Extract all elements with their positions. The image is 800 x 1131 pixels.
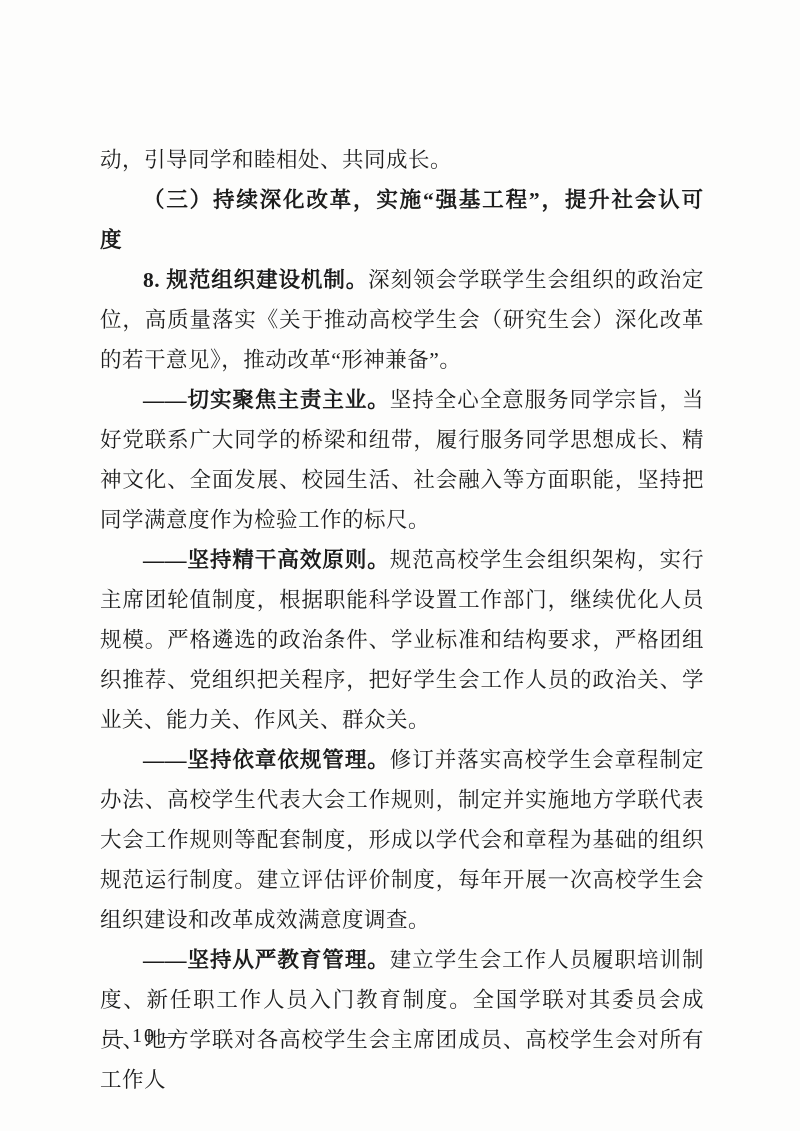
section-heading: （三）持续深化改革，实施“强基工程”，提升社会认可度: [100, 180, 704, 260]
paragraph-dash-4-lead: ——坚持从严教育管理。: [143, 948, 390, 972]
paragraph-8: 8. 规范组织建设机制。深刻领会学联学生会组织的政治定位，高质量落实《关于推动高…: [100, 260, 704, 380]
paragraph-dash-3: ——坚持依章依规管理。修订并落实高校学生会章程制定办法、高校学生代表大会工作规则…: [100, 740, 704, 940]
paragraph-8-lead: 8. 规范组织建设机制。: [143, 268, 368, 292]
paragraph-dash-4: ——坚持从严教育管理。建立学生会工作人员履职培训制度、新任职工作人员入门教育制度…: [100, 940, 704, 1100]
paragraph-dash-2-body: 规范高校学生会组织架构，实行主席团轮值制度，根据职能科学设置工作部门，继续优化人…: [100, 548, 704, 732]
paragraph-dash-1-lead: ——切实聚焦主责主业。: [143, 388, 390, 412]
document-page: 动，引导同学和睦相处、共同成长。 （三）持续深化改革，实施“强基工程”，提升社会…: [0, 0, 800, 1131]
paragraph-dash-2: ——坚持精干高效原则。规范高校学生会组织架构，实行主席团轮值制度，根据职能科学设…: [100, 540, 704, 740]
paragraph-dash-2-lead: ——坚持精干高效原则。: [143, 548, 390, 572]
paragraph-dash-3-lead: ——坚持依章依规管理。: [143, 748, 390, 772]
page-footer: — 10 —: [103, 1022, 185, 1050]
paragraph-continuation: 动，引导同学和睦相处、共同成长。: [100, 140, 704, 180]
paragraph-dash-3-body: 修订并落实高校学生会章程制定办法、高校学生代表大会工作规则，制定并实施地方学联代…: [100, 748, 704, 932]
document-body: 动，引导同学和睦相处、共同成长。 （三）持续深化改革，实施“强基工程”，提升社会…: [100, 140, 704, 1100]
paragraph-dash-1: ——切实聚焦主责主业。坚持全心全意服务同学宗旨，当好党联系广大同学的桥梁和纽带，…: [100, 380, 704, 540]
